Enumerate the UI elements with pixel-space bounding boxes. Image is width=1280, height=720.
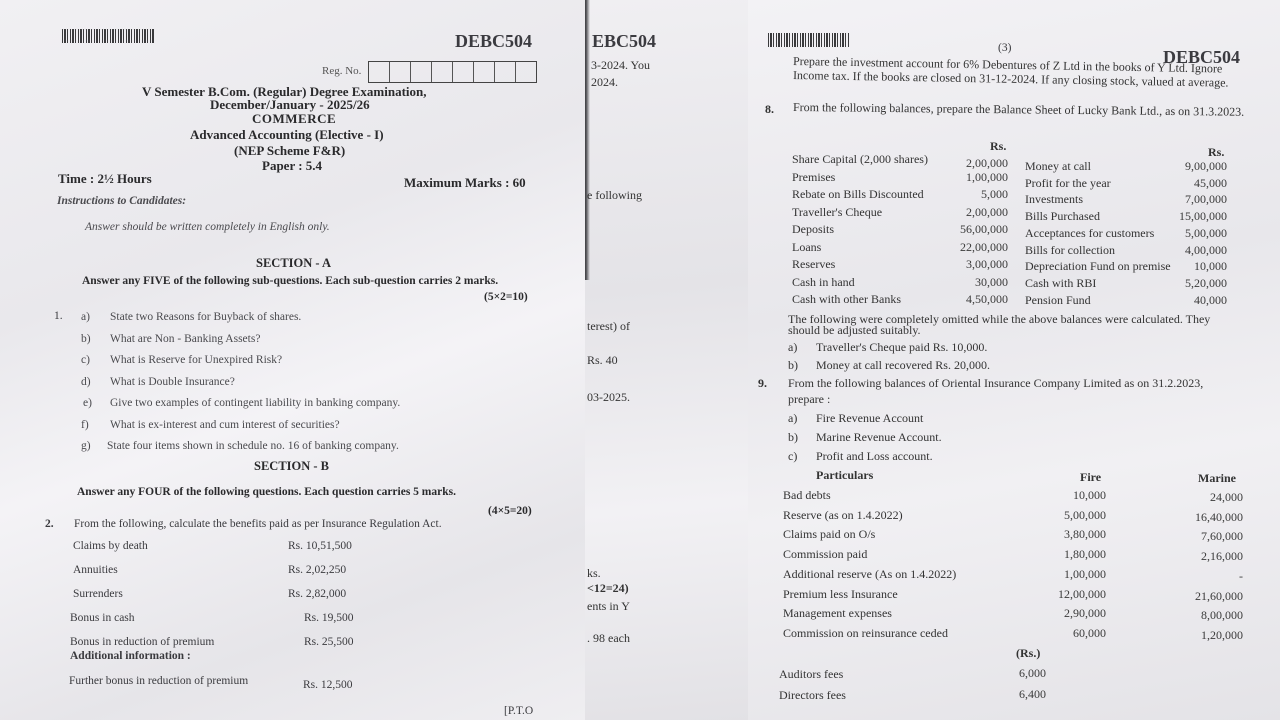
benefit-label: Annuities xyxy=(73,564,118,576)
section-b-instruction: Answer any FOUR of the following questio… xyxy=(77,486,456,498)
benefit-label: Bonus in reduction of premium xyxy=(70,636,214,648)
rs-header-left: Rs. xyxy=(990,139,1006,154)
adjustment-label: a) xyxy=(788,340,797,355)
table-row-marine: 2,16,000 xyxy=(1148,549,1243,564)
exam-time: Time : 2½ Hours xyxy=(58,171,152,187)
balance-value: 10,000 xyxy=(1148,259,1227,274)
subject: COMMERCE xyxy=(252,111,336,127)
extra-row-value: 6,000 xyxy=(988,666,1046,681)
barcode-icon xyxy=(768,33,850,47)
exam-page-left: DEBC504 Reg. No. V Semester B.Com. (Regu… xyxy=(0,0,585,720)
balance-value: 1,00,000 xyxy=(928,170,1008,185)
additional-info-heading: Additional information : xyxy=(70,650,191,662)
reg-no-digit-box[interactable] xyxy=(390,62,411,82)
question-9-prepare: prepare : xyxy=(788,392,830,407)
table-row-particular: Management expenses xyxy=(783,606,892,621)
table-row-fire: 12,00,000 xyxy=(1018,587,1106,602)
benefit-value: Rs. 25,500 xyxy=(304,636,354,648)
section-b-title: SECTION - B xyxy=(254,459,329,474)
table-row-marine: 8,00,000 xyxy=(1148,608,1243,623)
question-8-text: From the following balances, prepare the… xyxy=(793,100,1244,120)
question-9-number: 9. xyxy=(758,376,767,391)
table-row-marine: - xyxy=(1148,569,1243,584)
text-fragment: Rs. 40 xyxy=(587,353,618,368)
text-fragment: . 98 each xyxy=(587,631,630,646)
note-line-2: should be adjusted suitably. xyxy=(788,323,921,338)
balance-label: Investments xyxy=(1025,192,1083,207)
reg-no-digit-box[interactable] xyxy=(474,62,495,82)
part-label: c) xyxy=(788,449,797,464)
rs-header-right: Rs. xyxy=(1208,145,1224,160)
balance-value: 15,00,000 xyxy=(1148,209,1227,224)
part-text: Fire Revenue Account xyxy=(816,411,923,426)
balance-value: 7,00,000 xyxy=(1148,192,1227,207)
adjustment-label: b) xyxy=(788,358,798,373)
text-fragment: <12=24) xyxy=(587,581,629,596)
sub-question-label: g) xyxy=(81,440,91,452)
table-row-marine: 1,20,000 xyxy=(1148,628,1243,643)
paper-code: DEBC504 xyxy=(455,31,532,52)
part-label: a) xyxy=(788,411,797,426)
table-row-fire: 3,80,000 xyxy=(1018,527,1106,542)
benefit-value: Rs. 19,500 xyxy=(304,612,354,624)
sub-question-text: What is Reserve for Unexpired Risk? xyxy=(110,354,282,366)
barcode-icon xyxy=(62,29,154,43)
course-title: Advanced Accounting (Elective - I) xyxy=(190,127,384,143)
balance-value: 9,00,000 xyxy=(1148,159,1227,174)
reg-no-digit-box[interactable] xyxy=(432,62,453,82)
section-b-marks: (4×5=20) xyxy=(488,505,532,517)
reg-no-digit-box[interactable] xyxy=(516,62,536,82)
sub-question-text: Give two examples of contingent liabilit… xyxy=(110,397,400,409)
balance-label: Deposits xyxy=(792,222,834,237)
balance-value: 40,000 xyxy=(1148,293,1227,308)
text-fragment: e following xyxy=(587,188,642,203)
pto-footer: [P.T.O xyxy=(504,705,533,717)
extra-rs-header: (Rs.) xyxy=(1016,646,1040,661)
reg-no-digit-box[interactable] xyxy=(369,62,390,82)
reg-no-boxes[interactable] xyxy=(368,61,537,83)
table-row-particular: Premium less Insurance xyxy=(783,587,898,602)
table-row-fire: 1,80,000 xyxy=(1018,547,1106,562)
balance-value: 5,00,000 xyxy=(1148,226,1227,241)
table-row-particular: Claims paid on O/s xyxy=(783,527,875,542)
sub-question-label: a) xyxy=(81,311,90,323)
table-row-particular: Commission paid xyxy=(783,547,867,562)
balance-value: 4,00,000 xyxy=(1148,243,1227,258)
table-header-marine: Marine xyxy=(1198,471,1236,486)
reg-no-digit-box[interactable] xyxy=(453,62,474,82)
reg-no-digit-box[interactable] xyxy=(411,62,432,82)
part-text: Marine Revenue Account. xyxy=(816,430,942,445)
benefit-value: Rs. 2,82,000 xyxy=(288,588,346,600)
balance-value: 56,00,000 xyxy=(928,222,1008,237)
question-9-text: From the following balances of Oriental … xyxy=(788,376,1203,391)
additional-label: Further bonus in reduction of premium xyxy=(69,675,248,687)
table-header-fire: Fire xyxy=(1080,470,1101,485)
sub-question-text: What is Double Insurance? xyxy=(110,376,235,388)
table-row-fire: 60,000 xyxy=(1018,626,1106,641)
section-a-title: SECTION - A xyxy=(256,256,331,271)
question-2-number: 2. xyxy=(45,518,54,530)
section-a-marks: (5×2=10) xyxy=(484,291,528,303)
extra-row-value: 6,400 xyxy=(988,687,1046,702)
text-fragment: ks. xyxy=(587,566,601,581)
sub-question-label: e) xyxy=(83,397,92,409)
extra-row-particular: Directors fees xyxy=(779,688,846,703)
text-fragment: ents in Y xyxy=(587,599,630,614)
paper-code-fragment: EBC504 xyxy=(592,31,656,52)
benefit-value: Rs. 10,51,500 xyxy=(288,540,352,552)
sub-question-text: State four items shown in schedule no. 1… xyxy=(107,440,399,452)
table-row-particular: Commission on reinsurance ceded xyxy=(783,626,948,641)
paper-number: Paper : 5.4 xyxy=(262,158,322,174)
sub-question-text: What is ex-interest and cum interest of … xyxy=(110,419,340,431)
balance-value: 5,20,000 xyxy=(1148,276,1227,291)
adjustment-text: Traveller's Cheque paid Rs. 10,000. xyxy=(816,340,987,355)
table-row-marine: 21,60,000 xyxy=(1148,589,1243,604)
sub-question-label: f) xyxy=(81,419,89,431)
exam-page-middle: EBC504 3-2024. You2024.e followingterest… xyxy=(580,0,770,720)
balance-value: 5,000 xyxy=(928,187,1008,202)
table-row-fire: 10,000 xyxy=(1018,488,1106,503)
section-a-instruction: Answer any FIVE of the following sub-que… xyxy=(82,275,498,287)
table-row-fire: 2,90,000 xyxy=(1018,606,1106,621)
balance-label: Premises xyxy=(792,170,835,185)
balance-label: Profit for the year xyxy=(1025,176,1111,191)
balance-value: 2,00,000 xyxy=(928,205,1008,220)
reg-no-digit-box[interactable] xyxy=(495,62,516,82)
sub-question-text: State two Reasons for Buyback of shares. xyxy=(110,311,301,323)
instructions-heading: Instructions to Candidates: xyxy=(57,195,186,207)
sub-question-text: What are Non - Banking Assets? xyxy=(110,333,260,345)
balance-label: Share Capital (2,000 shares) xyxy=(792,152,928,167)
table-row-marine: 7,60,000 xyxy=(1148,529,1243,544)
balance-label: Reserves xyxy=(792,257,835,272)
benefit-label: Surrenders xyxy=(73,588,123,600)
table-row-particular: Reserve (as on 1.4.2022) xyxy=(783,508,903,523)
extra-row-particular: Auditors fees xyxy=(779,667,843,682)
question-number: 1. xyxy=(54,310,63,322)
exam-page-right: (3) DEBC504 Prepare the investment accou… xyxy=(748,0,1280,720)
text-fragment: 03-2025. xyxy=(587,390,630,405)
table-row-marine: 24,000 xyxy=(1148,490,1243,505)
balance-label: Money at call xyxy=(1025,159,1091,174)
table-row-fire: 5,00,000 xyxy=(1018,508,1106,523)
question-2-text: From the following, calculate the benefi… xyxy=(74,518,442,530)
text-fragment: 3-2024. You xyxy=(591,58,650,73)
text-fragment: terest) of xyxy=(587,319,630,334)
adjustment-text: Money at call recovered Rs. 20,000. xyxy=(816,358,990,373)
balance-label: Cash with other Banks xyxy=(792,292,901,307)
sub-question-label: d) xyxy=(81,376,91,388)
additional-value: Rs. 12,500 xyxy=(303,679,353,691)
balance-value: 3,00,000 xyxy=(928,257,1008,272)
reg-no-label: Reg. No. xyxy=(322,65,361,77)
balance-label: Bills for collection xyxy=(1025,243,1115,258)
balance-label: Bills Purchased xyxy=(1025,209,1100,224)
balance-label: Traveller's Cheque xyxy=(792,205,882,220)
balance-value: 30,000 xyxy=(928,275,1008,290)
balance-value: 22,00,000 xyxy=(928,240,1008,255)
page-number: (3) xyxy=(998,42,1011,54)
balance-label: Loans xyxy=(792,240,821,255)
instruction-text: Answer should be written completely in E… xyxy=(85,221,330,233)
max-marks: Maximum Marks : 60 xyxy=(404,175,526,191)
table-header-particulars: Particulars xyxy=(816,468,873,483)
balance-value: 4,50,000 xyxy=(928,292,1008,307)
table-row-marine: 16,40,000 xyxy=(1148,510,1243,525)
balance-label: Acceptances for customers xyxy=(1025,226,1154,241)
balance-label: Pension Fund xyxy=(1025,293,1091,308)
benefit-label: Bonus in cash xyxy=(70,612,135,624)
sub-question-label: c) xyxy=(81,354,90,366)
balance-label: Rebate on Bills Discounted xyxy=(792,187,924,202)
balance-value: 45,000 xyxy=(1148,176,1227,191)
part-text: Profit and Loss account. xyxy=(816,449,933,464)
part-label: b) xyxy=(788,430,798,445)
scheme: (NEP Scheme F&R) xyxy=(234,143,345,159)
text-fragment: 2024. xyxy=(591,75,618,90)
balance-label: Cash in hand xyxy=(792,275,855,290)
benefit-value: Rs. 2,02,250 xyxy=(288,564,346,576)
sub-question-label: b) xyxy=(81,333,91,345)
benefit-label: Claims by death xyxy=(73,540,148,552)
balance-label: Cash with RBI xyxy=(1025,276,1096,291)
table-row-particular: Additional reserve (As on 1.4.2022) xyxy=(783,567,956,582)
question-8-number: 8. xyxy=(765,102,774,117)
table-row-particular: Bad debts xyxy=(783,488,831,503)
table-row-fire: 1,00,000 xyxy=(1018,567,1106,582)
